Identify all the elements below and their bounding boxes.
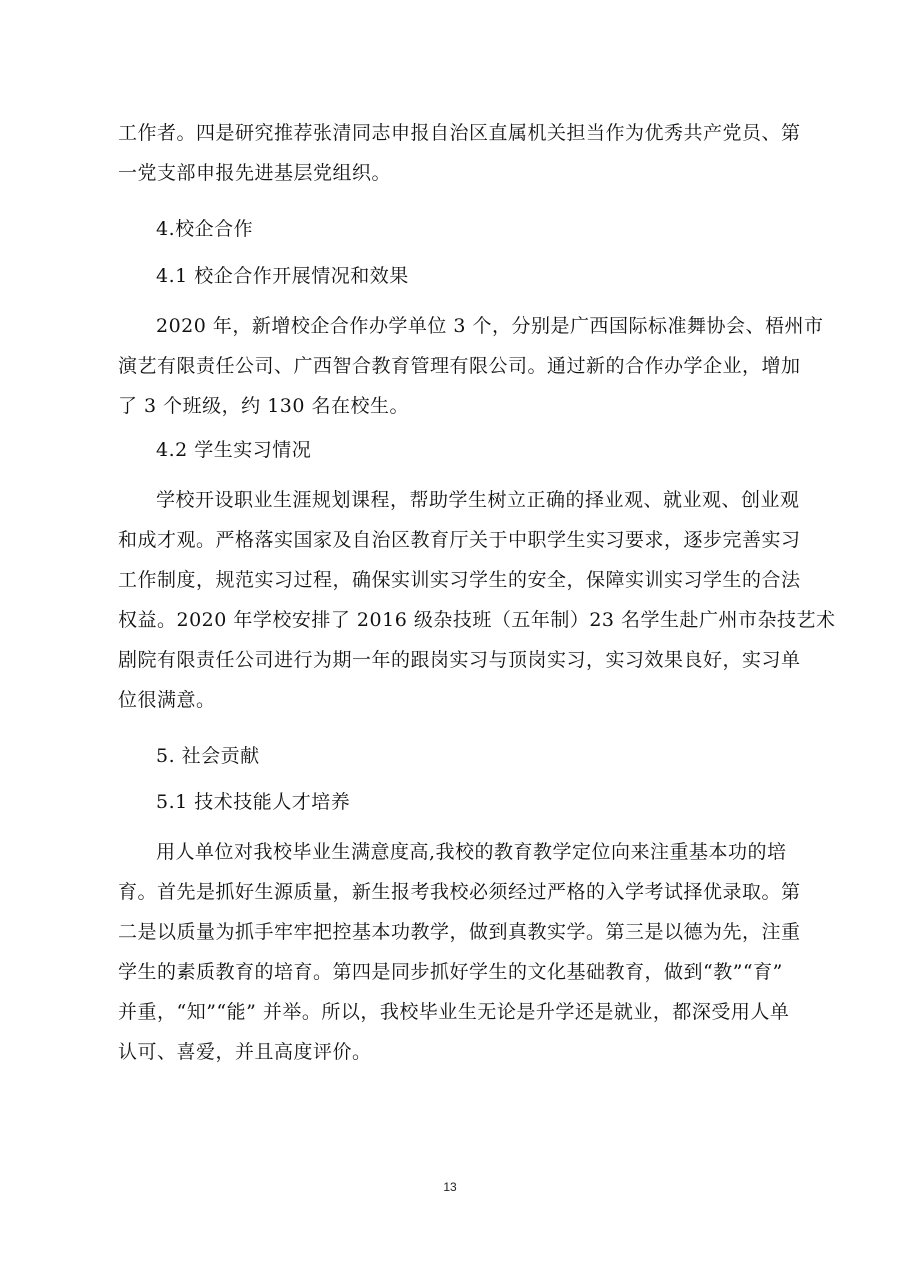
paragraph-line: 位很满意。	[118, 688, 788, 712]
paragraph-line: 认可、喜爱，并且高度评价。	[118, 1040, 788, 1064]
paragraph-line: 育。首先是抓好生源质量，新生报考我校必须经过严格的入学考试择优录取。第	[118, 880, 788, 904]
paragraph-line: 工作制度，规范实习过程，确保实训实习学生的安全，保障实训实习学生的合法	[118, 568, 788, 592]
paragraph-line: 并重，“知”“能” 并举。所以，我校毕业生无论是升学还是就业，都深受用人单	[118, 1000, 788, 1024]
paragraph-line: 2020 年，新增校企合作办学单位 3 个，分别是广西国际标准舞协会、梧州市	[156, 314, 826, 338]
section-heading: 4.校企合作	[156, 217, 826, 241]
paragraph-line: 和成才观。严格落实国家及自治区教育厅关于中职学生实习要求，逐步完善实习	[118, 528, 788, 552]
paragraph-line: 二是以质量为抓手牢牢把控基本功教学，做到真教实学。第三是以德为先，注重	[118, 920, 788, 944]
paragraph-line: 学生的素质教育的培育。第四是同步抓好学生的文化基础教育，做到“教”“育”	[118, 960, 788, 984]
paragraph-line: 工作者。四是研究推荐张清同志申报自治区直属机关担当作为优秀共产党员、第	[118, 121, 788, 145]
section-heading: 4.1 校企合作开展情况和效果	[156, 264, 826, 288]
paragraph-line: 权益。2020 年学校安排了 2016 级杂技班（五年制）23 名学生赴广州市杂…	[118, 608, 788, 632]
paragraph-line: 用人单位对我校毕业生满意度高,我校的教育教学定位向来注重基本功的培	[156, 840, 826, 864]
paragraph-line: 了 3 个班级，约 130 名在校生。	[118, 394, 788, 418]
section-heading: 4.2 学生实习情况	[156, 438, 826, 462]
paragraph-line: 演艺有限责任公司、广西智合教育管理有限公司。通过新的合作办学企业，增加	[118, 354, 788, 378]
section-heading: 5. 社会贡献	[156, 744, 826, 768]
paragraph-line: 学校开设职业生涯规划课程，帮助学生树立正确的择业观、就业观、创业观	[156, 488, 826, 512]
paragraph-line: 一党支部申报先进基层党组织。	[118, 161, 788, 185]
page-number: 13	[0, 1180, 900, 1194]
document-page: 工作者。四是研究推荐张清同志申报自治区直属机关担当作为优秀共产党员、第一党支部申…	[0, 0, 900, 1273]
section-heading: 5.1 技术技能人才培养	[156, 790, 826, 814]
paragraph-line: 剧院有限责任公司进行为期一年的跟岗实习与顶岗实习，实习效果良好，实习单	[118, 648, 788, 672]
